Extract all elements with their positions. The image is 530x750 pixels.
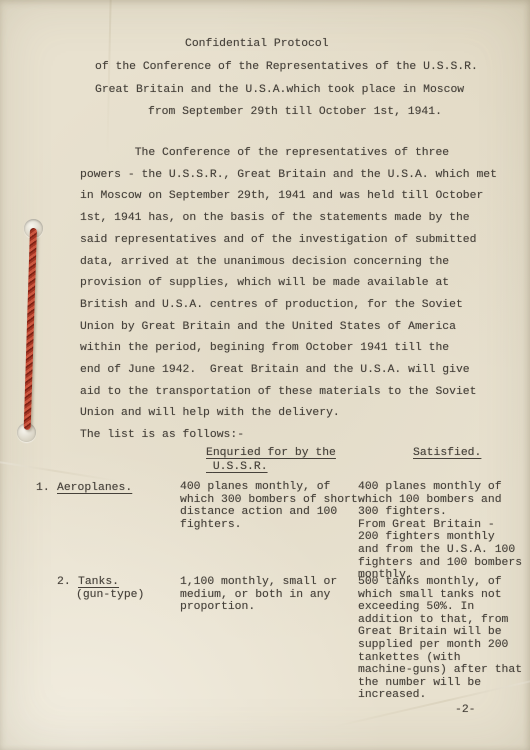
row-number-tanks: 2. — [57, 576, 71, 589]
row-item-subtitle-tanks: (gun-type) — [76, 589, 144, 602]
heading-line-2: of the Conference of the Representatives… — [95, 61, 478, 73]
table-header-satisfied: Satisfied. — [413, 447, 481, 461]
paper-crease-left — [0, 460, 119, 482]
heading-line-3: Great Britain and the U.S.A.which took p… — [95, 84, 464, 96]
list-intro: The list is as follows:- — [80, 425, 244, 447]
table-header-enquired: Enquried for by the U.S.S.R. — [206, 447, 336, 474]
heading-line-4: from September 29th till October 1st, 19… — [148, 106, 442, 118]
row-item-tanks: Tanks. — [78, 576, 119, 589]
row-number-aeroplanes: 1. — [36, 482, 50, 495]
cell-satisfied-aeroplanes: 400 planes monthly of which 100 bombers … — [358, 481, 528, 582]
heading-line-1: Confidential Protocol — [185, 38, 329, 50]
page-sheet: Confidential Protocol of the Conference … — [0, 0, 530, 750]
row-item-aeroplanes: Aeroplanes. — [57, 482, 132, 495]
binding-cord — [24, 228, 37, 430]
conference-paragraph: The Conference of the representatives of… — [80, 143, 520, 425]
page-number: -2- — [455, 704, 476, 716]
cell-enquired-tanks: 1,100 monthly, small or medium, or both … — [180, 576, 366, 614]
cell-enquired-aeroplanes: 400 planes monthly, of which 300 bombers… — [180, 481, 366, 531]
paper-crease-top — [106, 0, 111, 155]
cell-satisfied-tanks: 500 tanks monthly, of which small tanks … — [358, 576, 528, 702]
